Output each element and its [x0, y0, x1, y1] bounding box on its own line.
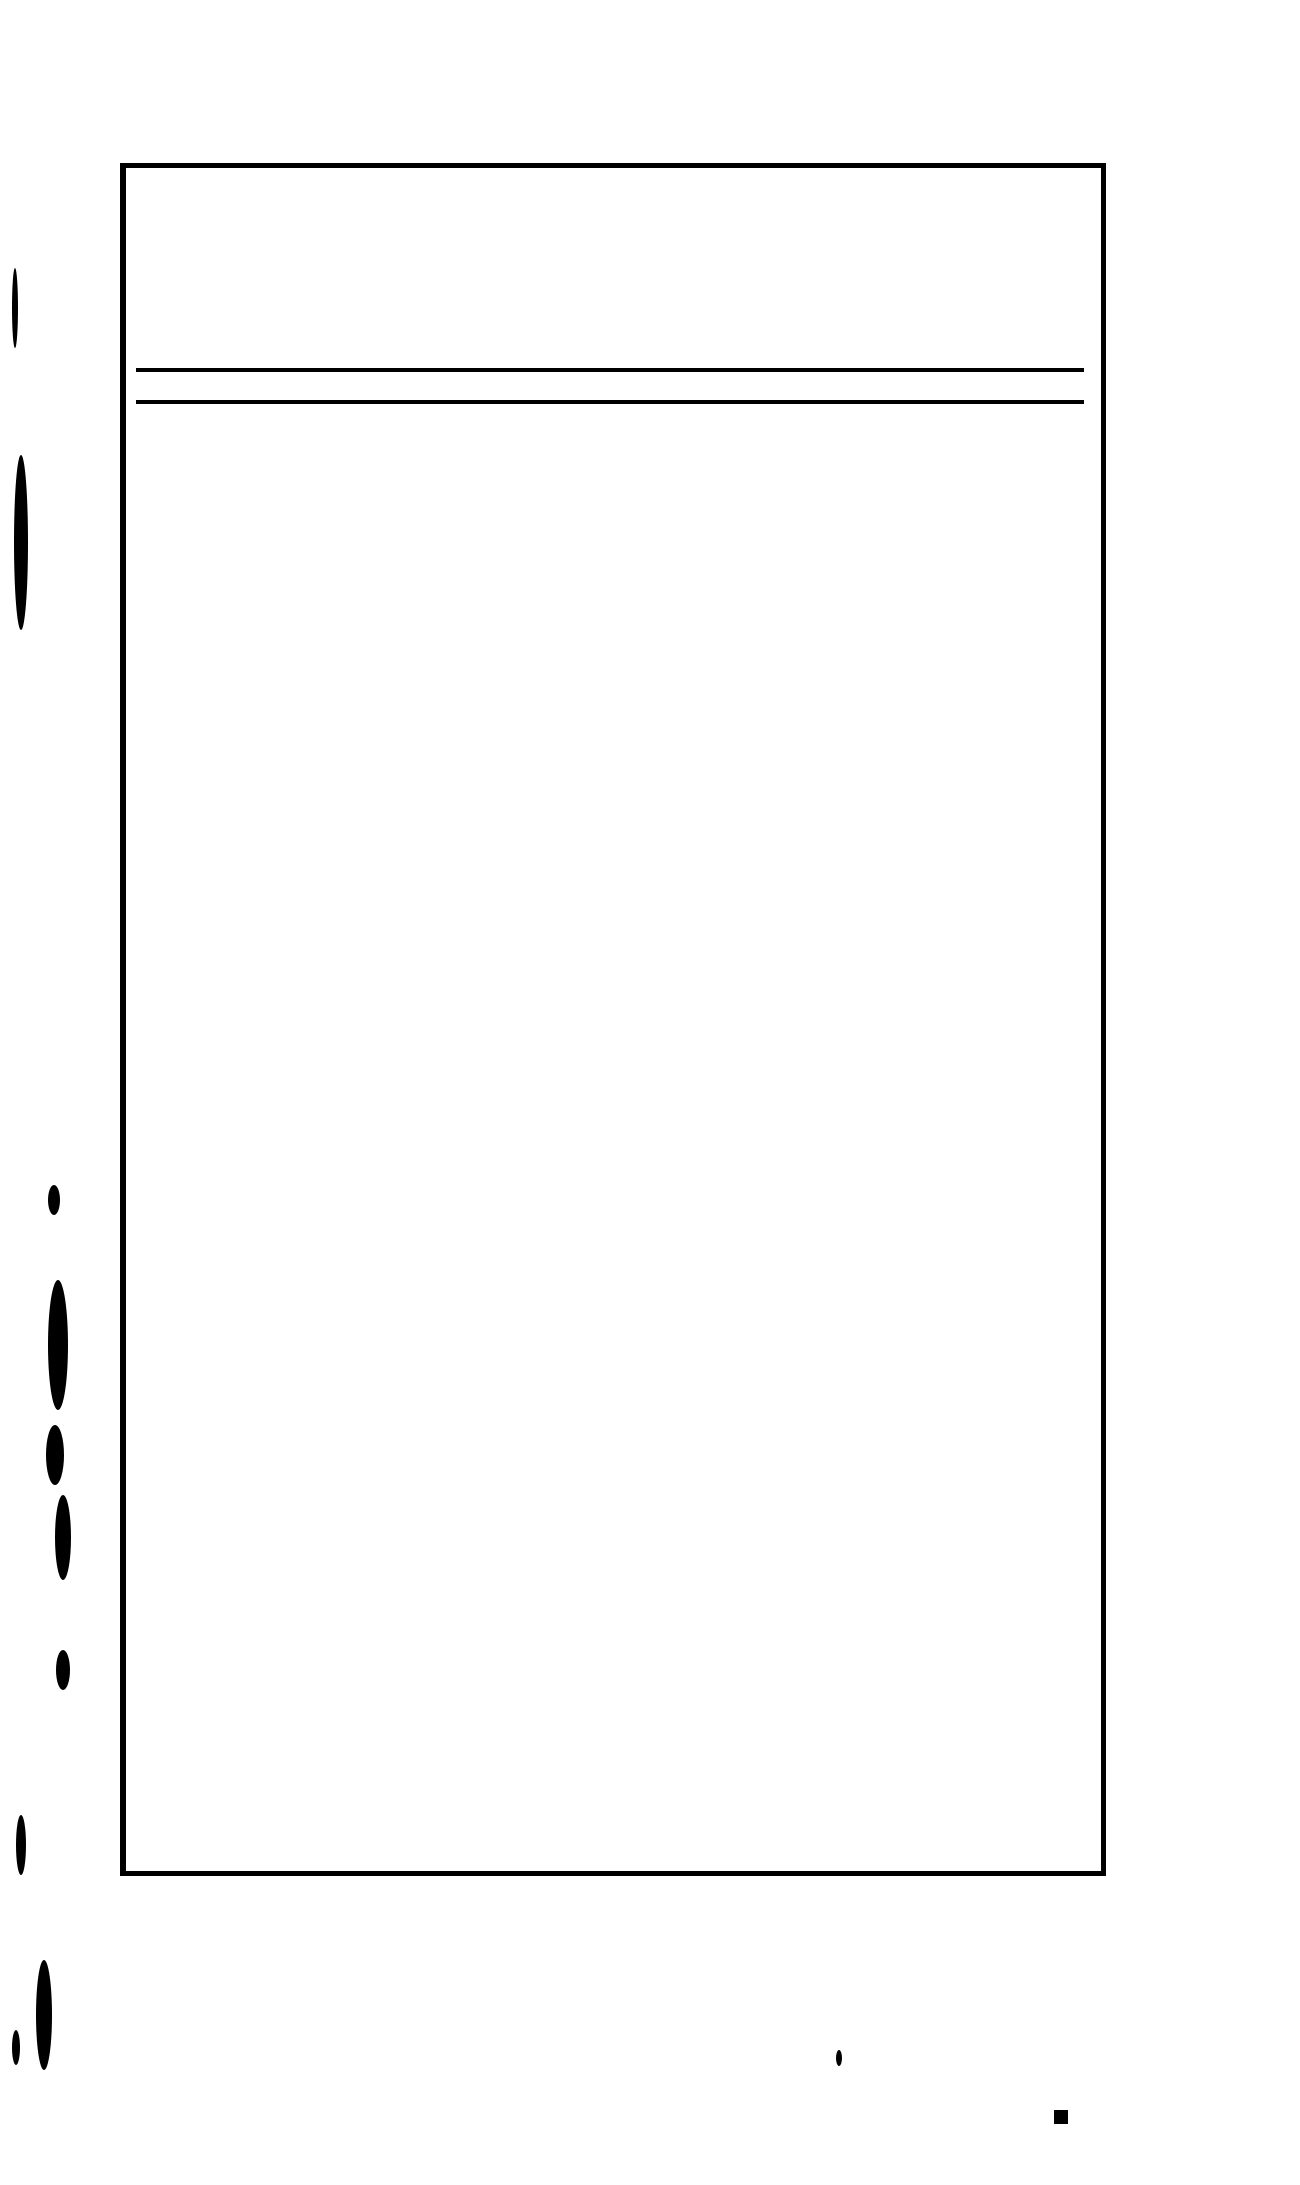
scan-artifact [48, 1280, 68, 1410]
scan-artifact [14, 455, 28, 630]
scan-artifact [55, 1495, 71, 1580]
scan-artifact [12, 2030, 20, 2065]
scan-artifact [48, 1185, 60, 1215]
scan-artifact [56, 1650, 70, 1690]
scan-artifact [46, 1425, 64, 1485]
scan-artifact [1054, 2110, 1068, 2124]
scan-artifact [836, 2050, 842, 2066]
divider [136, 368, 1084, 372]
scan-artifact [36, 1960, 52, 2070]
scan-artifact [12, 268, 18, 348]
page-border [120, 163, 1106, 1876]
table-row [136, 374, 1084, 400]
scan-artifact [16, 1815, 26, 1875]
divider [136, 400, 1084, 404]
